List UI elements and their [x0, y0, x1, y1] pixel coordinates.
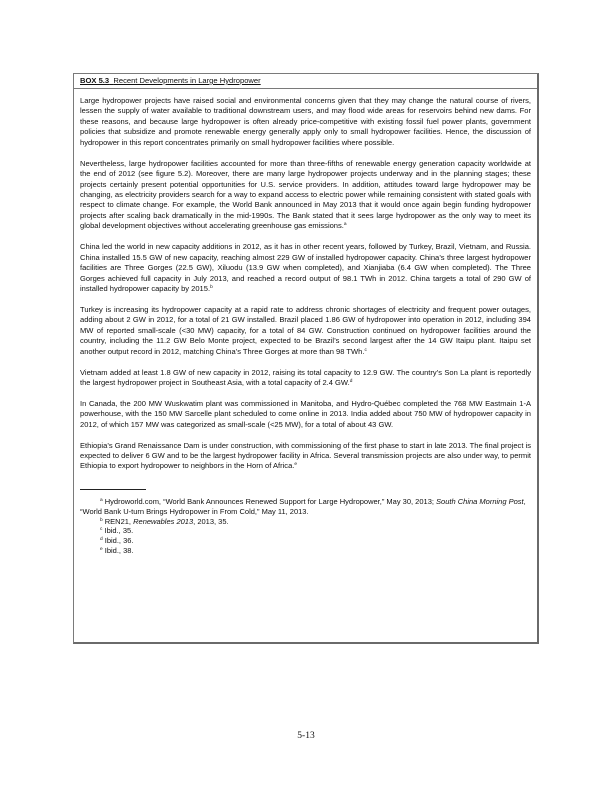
footnote-divider	[80, 489, 146, 490]
footnote-d: d Ibid., 36.	[80, 536, 531, 546]
box-body: Large hydropower projects have raised so…	[74, 89, 537, 556]
paragraph-canada-india: In Canada, the 200 MW Wuskwatim plant wa…	[80, 399, 531, 430]
text-box: BOX 5.3 Recent Developments in Large Hyd…	[73, 73, 539, 644]
paragraph-china: China led the world in new capacity addi…	[80, 242, 531, 294]
footnotes: a Hydroworld.com, “World Bank Announces …	[80, 497, 531, 556]
box-title: Recent Developments in Large Hydropower	[113, 76, 260, 85]
footnote-ref-e[interactable]: e	[294, 462, 297, 467]
paragraph-large-hydro-share: Nevertheless, large hydropower facilitie…	[80, 159, 531, 232]
paragraph-ethiopia: Ethiopia’s Grand Renaissance Dam is unde…	[80, 441, 531, 472]
footnote-ref-b[interactable]: b	[210, 285, 213, 290]
paragraph-vietnam: Vietnam added at least 1.8 GW of new cap…	[80, 368, 531, 389]
footnote-b: b REN21, Renewables 2013, 2013, 35.	[80, 517, 531, 527]
footnote-a: a Hydroworld.com, “World Bank Announces …	[80, 497, 531, 517]
box-label: BOX 5.3	[80, 76, 109, 85]
paragraph-intro: Large hydropower projects have raised so…	[80, 96, 531, 148]
footnote-ref-a[interactable]: a	[344, 222, 347, 227]
footnote-c: c Ibid., 35.	[80, 526, 531, 536]
box-header: BOX 5.3 Recent Developments in Large Hyd…	[74, 74, 537, 89]
footnote-ref-d[interactable]: d	[350, 379, 353, 384]
footnote-ref-c[interactable]: c	[364, 348, 366, 353]
footnote-e: e Ibid., 38.	[80, 546, 531, 556]
page-number: 5-13	[0, 731, 612, 741]
paragraph-turkey-brazil: Turkey is increasing its hydropower capa…	[80, 305, 531, 357]
